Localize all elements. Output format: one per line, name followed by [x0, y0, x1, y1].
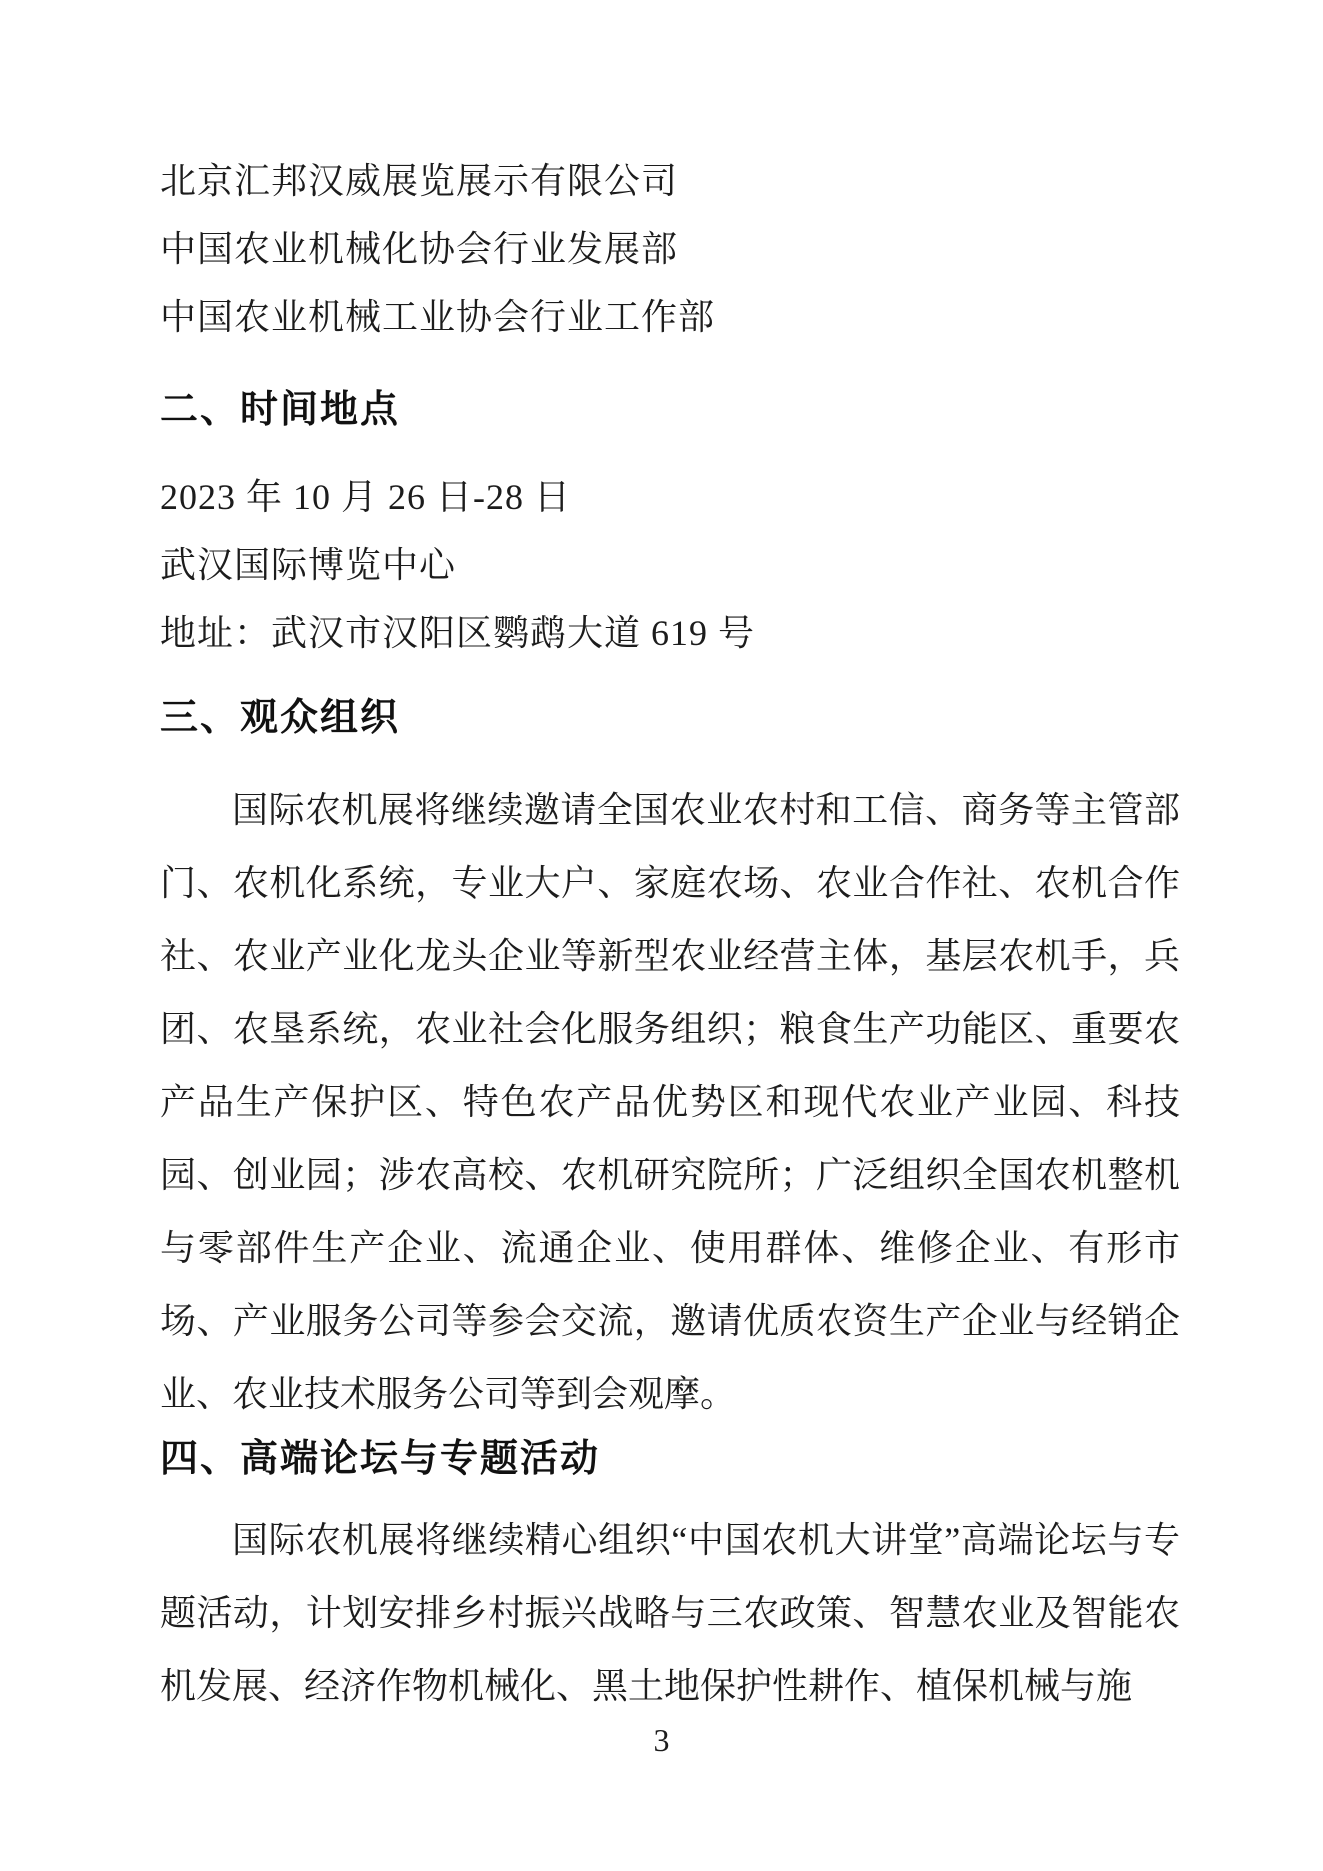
time-location-details: 2023 年 10 月 26 日-28 日 武汉国际博览中心 地址：武汉市汉阳区… — [160, 463, 1180, 667]
audience-paragraph: 国际农机展将继续邀请全国农业农村和工信、商务等主管部门、农机化系统，专业大户、家… — [160, 774, 1180, 1431]
section-heading-time-location: 二、时间地点 — [160, 387, 1180, 433]
organizer-line: 中国农业机械化协会行业发展部 — [160, 215, 1180, 283]
event-date: 2023 年 10 月 26 日-28 日 — [160, 463, 1180, 531]
document-content: 北京汇邦汉威展览展示有限公司 中国农业机械化协会行业发展部 中国农业机械工业协会… — [160, 0, 1180, 1723]
organizer-line: 北京汇邦汉威展览展示有限公司 — [160, 147, 1180, 215]
document-page: 北京汇邦汉威展览展示有限公司 中国农业机械化协会行业发展部 中国农业机械工业协会… — [0, 0, 1323, 1871]
page-number: 3 — [0, 1720, 1323, 1760]
organizer-line: 中国农业机械工业协会行业工作部 — [160, 283, 1180, 351]
forum-paragraph: 国际农机展将继续精心组织“中国农机大讲堂”高端论坛与专题活动，计划安排乡村振兴战… — [160, 1504, 1180, 1723]
event-venue: 武汉国际博览中心 — [160, 531, 1180, 599]
section-heading-forum: 四、高端论坛与专题活动 — [160, 1436, 1180, 1482]
section-heading-audience: 三、观众组织 — [160, 695, 1180, 741]
organizer-list: 北京汇邦汉威展览展示有限公司 中国农业机械化协会行业发展部 中国农业机械工业协会… — [160, 147, 1180, 351]
event-address: 地址：武汉市汉阳区鹦鹉大道 619 号 — [160, 599, 1180, 667]
